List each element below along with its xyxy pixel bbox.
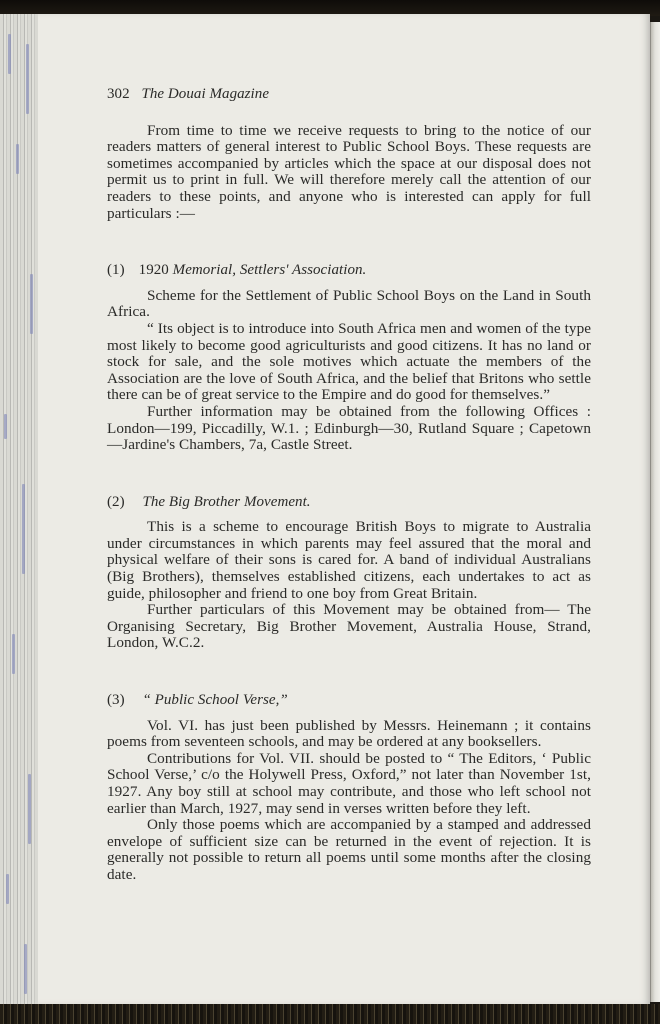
paragraph: Only those poems which are accompanied b… [107,817,591,883]
section-index: (2) [107,494,125,510]
section-title: “ Public School Verse,” [142,692,287,708]
section-heading-2: (2) The Big Brother Movement. [107,494,591,511]
section-title: Memorial, Settlers' Association. [173,262,367,278]
paragraph: Scheme for the Settlement of Public Scho… [107,288,591,321]
paragraph: Further information may be obtained from… [107,404,591,454]
page-edge-right [650,22,660,1002]
intro-paragraph: From time to time we receive requests to… [107,123,591,223]
quote-paragraph: “ Its object is to introduce into South … [107,321,591,404]
paragraph: Contributions for Vol. VII. should be po… [107,751,591,817]
section-heading-1: (1)1920 Memorial, Settlers' Association. [107,262,591,279]
paragraph: Vol. VI. has just been published by Mess… [107,718,591,751]
paragraph: Further particulars of this Movement may… [107,602,591,652]
section-heading-3: (3) “ Public School Verse,” [107,692,591,709]
running-title: The Douai Magazine [141,86,269,102]
section-index: (3) [107,692,125,708]
running-head: 302 The Douai Magazine [107,86,591,103]
section-title: The Big Brother Movement. [142,494,310,510]
section-index: (1) [107,262,125,278]
page-content: 302 The Douai Magazine From time to time… [107,86,591,884]
paragraph: This is a scheme to encourage British Bo… [107,519,591,602]
page-number: 302 [107,86,130,102]
book-binding-bottom [0,1004,660,1024]
page-edges-left [0,14,38,1006]
section-prefix: 1920 [139,262,169,278]
